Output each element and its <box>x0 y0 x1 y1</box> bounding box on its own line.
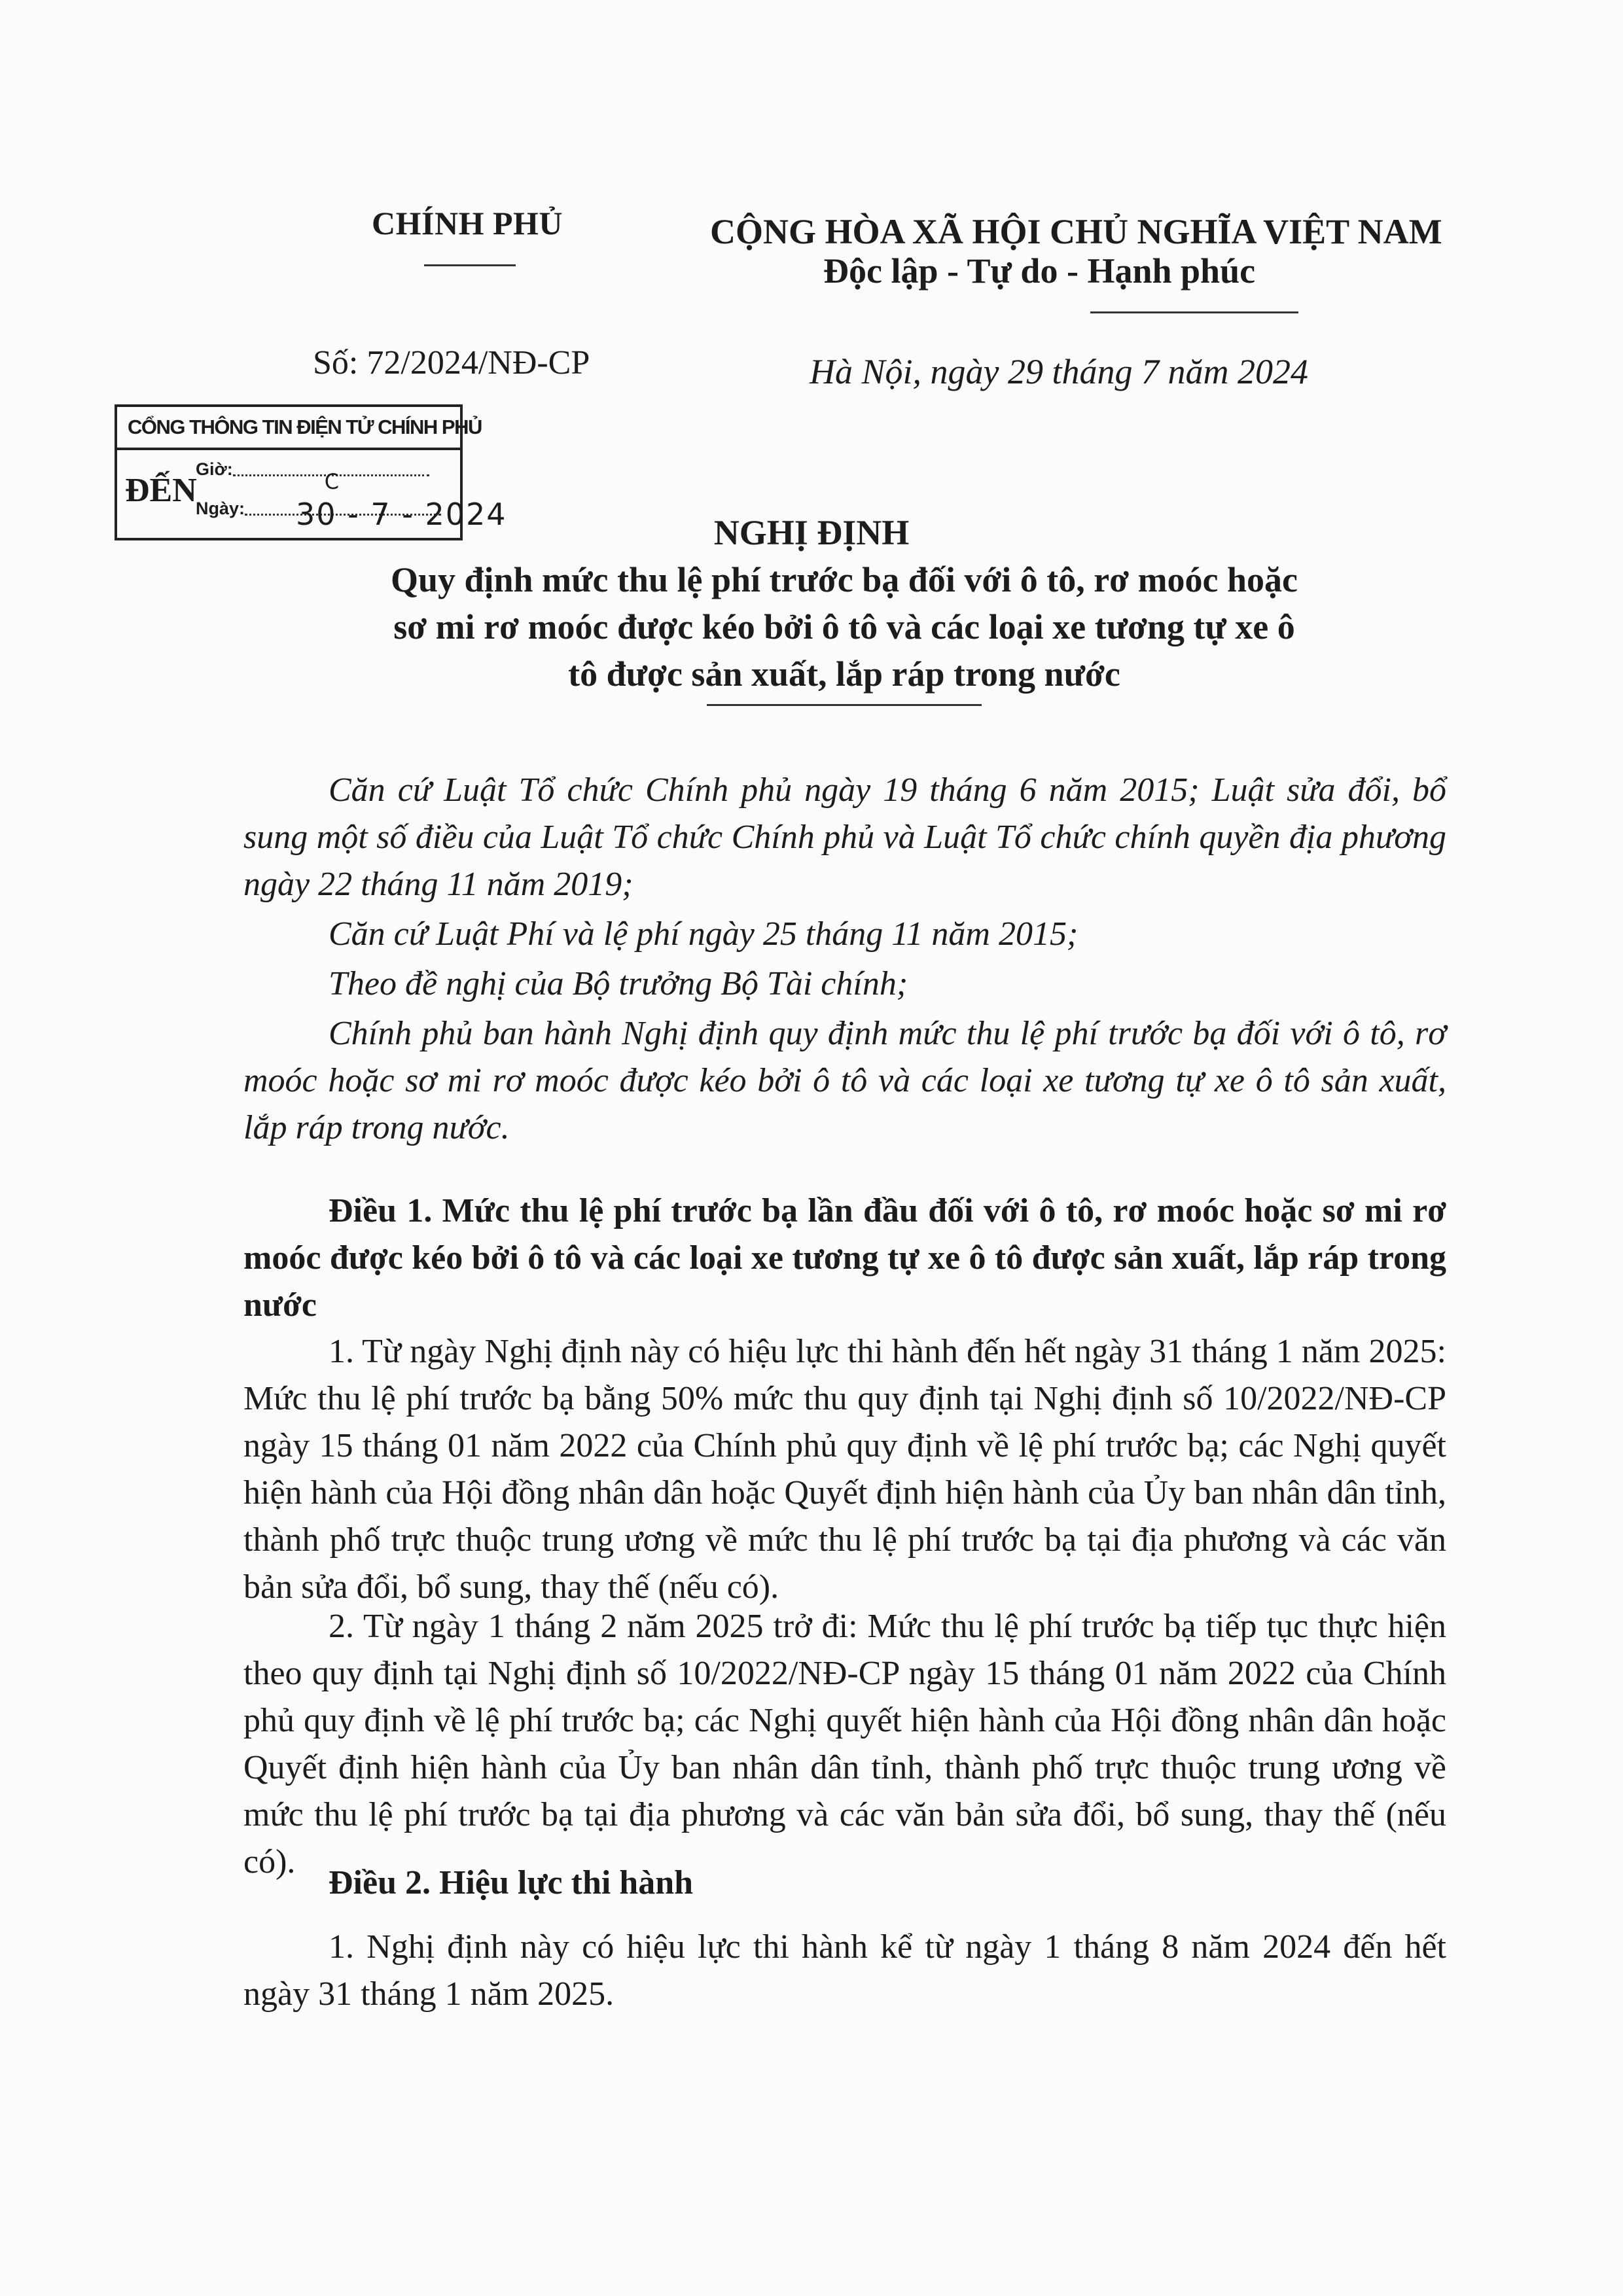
stamp-time-row: Giờ:C <box>196 459 429 480</box>
preamble-paragraph: Chính phủ ban hành Nghị định quy định mứ… <box>243 1010 1446 1152</box>
document-subject: Quy định mức thu lệ phí trước bạ đối với… <box>380 556 1309 698</box>
place-date: Hà Nội, ngày 29 tháng 7 năm 2024 <box>810 351 1308 392</box>
stamp-title: CỔNG THÔNG TIN ĐIỆN TỬ CHÍNH PHỦ <box>117 407 460 450</box>
clause-text: 1. Từ ngày Nghị định này có hiệu lực thi… <box>243 1328 1446 1611</box>
subject-divider <box>707 704 982 706</box>
preamble: Căn cứ Luật Tổ chức Chính phủ ngày 19 th… <box>243 767 1446 1154</box>
preamble-paragraph: Căn cứ Luật Phí và lệ phí ngày 25 tháng … <box>243 911 1446 958</box>
stamp-time-value: C <box>325 469 339 494</box>
article-title: Điều 2. Hiệu lực thi hành <box>243 1860 1446 1907</box>
article-2-clause-1: 1. Nghị định này có hiệu lực thi hành kể… <box>243 1924 1446 2018</box>
issuing-agency: CHÍNH PHỦ <box>372 204 563 242</box>
clause-text: 2. Từ ngày 1 tháng 2 năm 2025 trở đi: Mứ… <box>243 1603 1446 1886</box>
article-1-clause-2: 2. Từ ngày 1 tháng 2 năm 2025 trở đi: Mứ… <box>243 1603 1446 1886</box>
stamp-time-field: C <box>233 474 429 476</box>
article-1-clause-1: 1. Từ ngày Nghị định này có hiệu lực thi… <box>243 1328 1446 1611</box>
document-type: NGHỊ ĐỊNH <box>0 512 1623 553</box>
document-number: Số: 72/2024/NĐ-CP <box>313 344 590 382</box>
preamble-paragraph: Căn cứ Luật Tổ chức Chính phủ ngày 19 th… <box>243 767 1446 908</box>
national-motto: Độc lập - Tự do - Hạnh phúc <box>823 251 1255 291</box>
article-1-heading: Điều 1. Mức thu lệ phí trước bạ lần đầu … <box>243 1188 1446 1329</box>
stamp-time-label: Giờ: <box>196 459 233 479</box>
motto-divider <box>1090 311 1298 313</box>
agency-divider <box>424 264 516 266</box>
article-2-heading: Điều 2. Hiệu lực thi hành <box>243 1860 1446 1907</box>
article-title: Điều 1. Mức thu lệ phí trước bạ lần đầu … <box>243 1188 1446 1329</box>
stamp-received-label: ĐẾN <box>125 471 197 510</box>
preamble-paragraph: Theo đề nghị của Bộ trưởng Bộ Tài chính; <box>243 961 1446 1008</box>
national-title: CỘNG HÒA XÃ HỘI CHỦ NGHĨA VIỆT NAM <box>710 211 1442 252</box>
clause-text: 1. Nghị định này có hiệu lực thi hành kể… <box>243 1924 1446 2018</box>
